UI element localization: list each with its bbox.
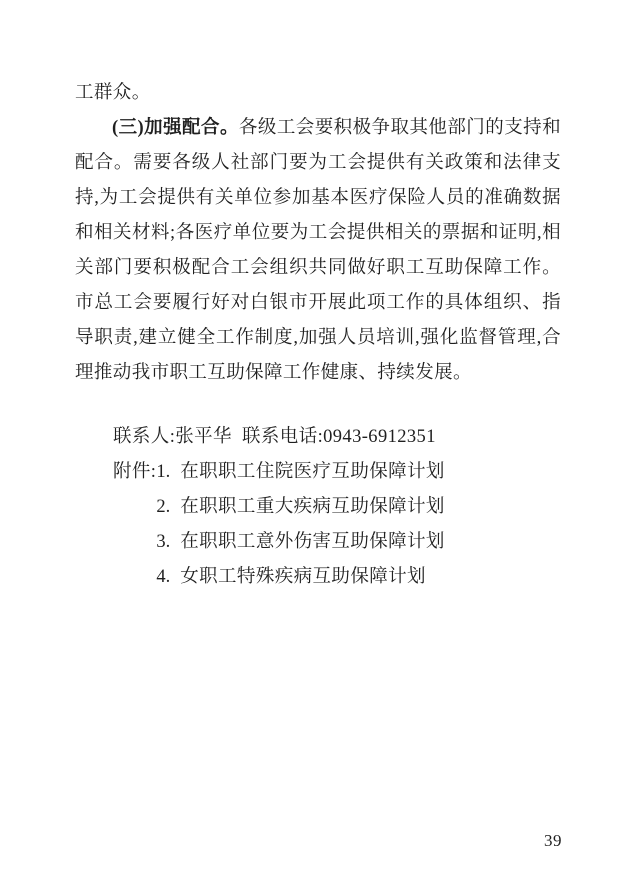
attachment-item-text: 女职工特殊疾病互助保障计划 [180, 567, 426, 587]
attachments-label: 附件: [113, 455, 156, 490]
attachment-item-text: 在职职工重大疾病互助保障计划 [180, 497, 445, 517]
attachments-list: 1.在职职工住院医疗互助保障计划 2.在职职工重大疾病互助保障计划 3.在职职工… [156, 455, 561, 595]
attachment-item: 4.女职工特殊疾病互助保障计划 [156, 560, 561, 595]
document-page: 工群众。 (三)加强配合。各级工会要积极争取其他部门的支持和配合。需要各级人社部… [0, 0, 634, 892]
attachments-block: 附件: 1.在职职工住院医疗互助保障计划 2.在职职工重大疾病互助保障计划 3.… [75, 455, 561, 595]
attachment-item-number: 2. [156, 490, 170, 525]
document-body: 工群众。 (三)加强配合。各级工会要积极争取其他部门的支持和配合。需要各级人社部… [75, 76, 561, 595]
attachment-item-number: 1. [156, 455, 170, 490]
section-heading: (三)加强配合。 [112, 118, 239, 138]
attachment-item: 1.在职职工住院医疗互助保障计划 [156, 455, 561, 490]
paragraph-section-3: (三)加强配合。各级工会要积极争取其他部门的支持和配合。需要各级人社部门要为工会… [75, 111, 561, 391]
page-number: 39 [544, 831, 562, 851]
attachment-item-text: 在职职工住院医疗互助保障计划 [180, 462, 445, 482]
attachment-item-number: 3. [156, 525, 170, 560]
paragraph-continuation: 工群众。 [75, 76, 561, 111]
attachment-item-text: 在职职工意外伤害互助保障计划 [180, 532, 445, 552]
attachment-item-number: 4. [156, 560, 170, 595]
contact-line: 联系人:张平华 联系电话:0943-6912351 [75, 420, 561, 455]
attachment-item: 3.在职职工意外伤害互助保障计划 [156, 525, 561, 560]
attachment-item: 2.在职职工重大疾病互助保障计划 [156, 490, 561, 525]
section-body-text: 各级工会要积极争取其他部门的支持和配合。需要各级人社部门要为工会提供有关政策和法… [75, 118, 561, 383]
